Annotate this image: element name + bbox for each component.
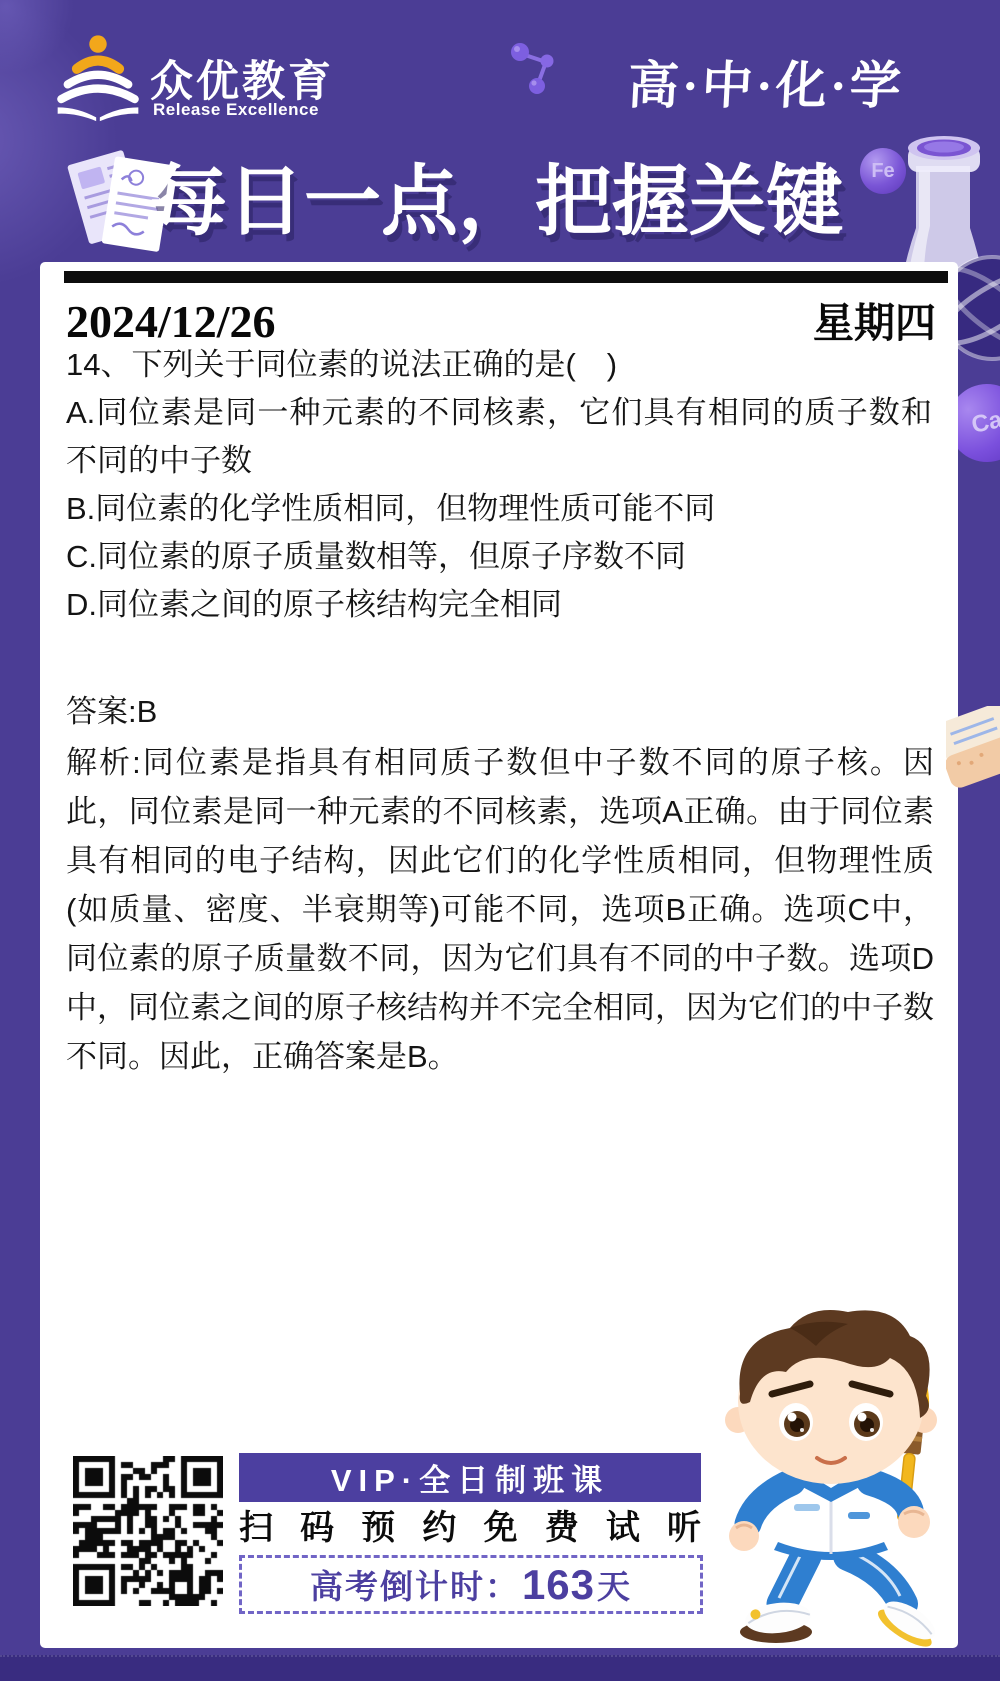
vip-banner-label: VIP·全日制班课: [331, 1455, 609, 1500]
option-d: D.同位素之间的原子核结构完全相同: [66, 581, 932, 629]
mascot-boy: [698, 1298, 964, 1654]
countdown-prefix: 高考倒计时：: [310, 1561, 520, 1608]
gaokao-countdown: 高考倒计时： 163 天: [239, 1555, 703, 1614]
brand-logo-icon: [52, 34, 144, 122]
option-b: B.同位素的化学性质相同，但物理性质可能不同: [66, 485, 932, 533]
card-top-rule: [64, 271, 948, 283]
analysis-text: 解析:同位素是指具有相同质子数但中子数不同的原子核。因此，同位素是同一种元素的不…: [66, 738, 934, 1081]
brand-slogan: Release Excellence: [153, 100, 319, 120]
molecule-icon: [500, 38, 564, 100]
vip-banner: VIP·全日制班课: [239, 1453, 701, 1502]
subject-title: 高·中·化·学: [626, 44, 906, 118]
ca-label: Ca: [969, 406, 1000, 440]
qr-code: [73, 1456, 223, 1606]
poster-root: 众优教育 Release Excellence 高·中·化·学 每日: [0, 0, 1000, 1681]
question-block: 14、下列关于同位素的说法正确的是( ) A.同位素是同一种元素的不同核素，它们…: [66, 341, 932, 629]
paper-notes-decoration: [946, 706, 1000, 810]
question-stem: 14、下列关于同位素的说法正确的是( ): [66, 341, 932, 389]
countdown-suffix: 天: [597, 1561, 632, 1608]
answer-text: 答案:B: [66, 686, 157, 731]
option-a: A.同位素是同一种元素的不同核素，它们具有相同的质子数和不同的中子数: [66, 389, 932, 485]
countdown-days: 163: [520, 1561, 597, 1609]
scan-cta-label: 扫码预约免费试听: [239, 1506, 701, 1550]
page-title: 每日一点，把握关键: [150, 140, 843, 251]
footer-strip: [0, 1655, 1000, 1681]
option-c: C.同位素的原子质量数相等，但原子序数不同: [66, 533, 932, 581]
